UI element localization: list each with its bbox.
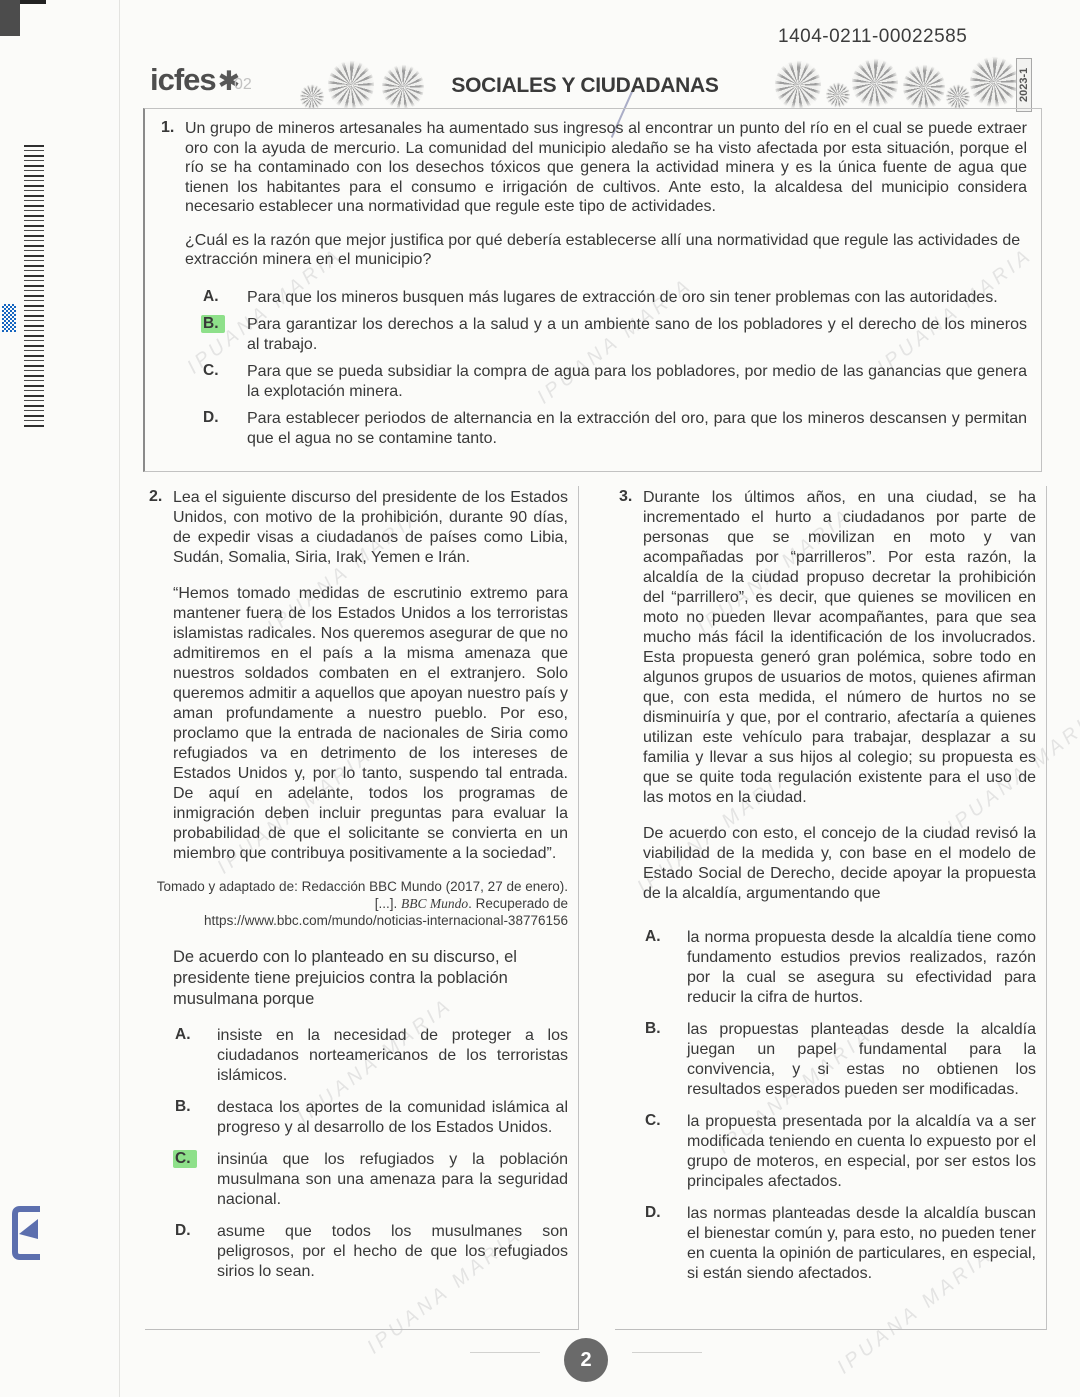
page-number-rule	[632, 1352, 702, 1353]
option-letter-highlighted: C.	[173, 1150, 217, 1210]
option-text: la propuesta presentada por la alcaldía …	[687, 1112, 1036, 1192]
option-row: A. la norma propuesta desde la alcaldía …	[643, 928, 1036, 1008]
option-row: C. Para que se pueda subsidiar la compra…	[201, 362, 1027, 401]
option-text: las normas planteadas desde la alcaldía …	[687, 1204, 1036, 1284]
option-letter: C.	[643, 1112, 687, 1192]
option-row: A. Para que los mineros busquen más luga…	[201, 288, 1027, 308]
stamp-icon	[903, 64, 945, 110]
option-text: Para garantizar los derechos a la salud …	[247, 315, 1027, 354]
question-3-column: 3. Durante los últimos años, en una ciud…	[615, 486, 1047, 1330]
scan-corner-mark	[0, 0, 20, 36]
stamp-icon	[852, 58, 898, 108]
option-text: destaca los aportes de la comunidad islá…	[217, 1098, 568, 1138]
source-work-title: BBC Mundo	[401, 896, 468, 911]
question-1-number: 1.	[161, 119, 185, 217]
page-number-badge: 2	[564, 1338, 608, 1382]
option-text: insinúa que los refugiados y la població…	[217, 1150, 568, 1210]
question-2-number: 2.	[149, 488, 173, 568]
option-letter: D.	[643, 1204, 687, 1284]
question-3-options: A. la norma propuesta desde la alcaldía …	[643, 928, 1036, 1284]
option-letter: C.	[201, 362, 247, 401]
option-row: D. Para establecer periodos de alternanc…	[201, 409, 1027, 448]
year-badge: 2023-1	[1016, 58, 1032, 112]
option-text: Para que los mineros busquen más lugares…	[247, 288, 1027, 308]
question-3-follow-up: De acuerdo con esto, el concejo de la ci…	[643, 824, 1036, 904]
option-text: Para que se pueda subsidiar la compra de…	[247, 362, 1027, 401]
option-text: Para establecer periodos de alternancia …	[247, 409, 1027, 448]
option-letter-highlighted: B.	[201, 315, 247, 354]
stamp-icon	[970, 56, 1018, 108]
option-row: B. destaca los aportes de la comunidad i…	[173, 1098, 568, 1138]
barcode	[24, 145, 44, 427]
scan-code: 1404-0211-00022585	[778, 26, 967, 48]
icfes-logo: icfes✱	[150, 62, 239, 98]
datamatrix-icon	[2, 304, 16, 332]
option-row: B. las propuestas planteadas desde la al…	[643, 1020, 1036, 1100]
option-row: C. insinúa que los refugiados y la pobla…	[173, 1150, 568, 1210]
option-text: las propuestas planteadas desde la alcal…	[687, 1020, 1036, 1100]
question-1-body: Un grupo de mineros artesanales ha aumen…	[185, 119, 1027, 217]
option-row: A. insiste en la necesidad de proteger a…	[173, 1026, 568, 1086]
stamp-icon	[775, 60, 821, 110]
scanned-exam-page: { "page": { "scan_code": "1404-0211-0002…	[0, 0, 1080, 1397]
question-2-quote: “Hemos tomado medidas de escrutinio extr…	[173, 584, 568, 864]
stamp-icon	[946, 84, 970, 110]
question-1-options: A. Para que los mineros busquen más luga…	[201, 288, 1027, 449]
page-number-rule	[470, 1352, 540, 1353]
option-text: insiste en la necesidad de proteger a lo…	[217, 1026, 568, 1086]
question-3-intro: Durante los últimos años, en una ciudad,…	[643, 488, 1036, 808]
page-title: SOCIALES Y CIUDADANAS	[420, 74, 750, 98]
blue-bracket-icon	[10, 1206, 42, 1265]
option-text: asume que todos los musulmanes son pelig…	[217, 1222, 568, 1282]
option-letter: B.	[173, 1098, 217, 1138]
booklet-number: 02	[234, 76, 252, 94]
stamp-icon	[300, 84, 324, 110]
option-letter: D.	[173, 1222, 217, 1282]
icfes-logo-text: icfes	[150, 62, 216, 97]
option-letter: D.	[201, 409, 247, 448]
question-1-stem: ¿Cuál es la razón que mejor justifica po…	[185, 231, 1030, 270]
option-text: la norma propuesta desde la alcaldía tie…	[687, 928, 1036, 1008]
option-letter: A.	[173, 1026, 217, 1086]
stamp-icon	[382, 64, 424, 110]
option-letter: B.	[643, 1020, 687, 1100]
option-row: C. la propuesta presentada por la alcald…	[643, 1112, 1036, 1192]
option-row: B. Para garantizar los derechos a la sal…	[201, 315, 1027, 354]
option-letter: A.	[201, 288, 247, 308]
stamp-icon	[328, 60, 374, 110]
option-row: D. asume que todos los musulmanes son pe…	[173, 1222, 568, 1282]
page-fold-line	[119, 0, 120, 1397]
question-3-number: 3.	[619, 488, 643, 808]
question-2-stem: De acuerdo con lo planteado en su discur…	[173, 947, 568, 1010]
stamp-icon	[826, 82, 850, 108]
question-2-column: 2. Lea el siguiente discurso del preside…	[145, 486, 579, 1330]
question-2-intro: Lea el siguiente discurso del presidente…	[173, 488, 568, 568]
option-letter: A.	[643, 928, 687, 1008]
option-row: D. las normas planteadas desde la alcald…	[643, 1204, 1036, 1284]
question-1-box: 1. Un grupo de mineros artesanales ha au…	[143, 108, 1042, 472]
question-2-source: Tomado y adaptado de: Redacción BBC Mund…	[149, 878, 568, 929]
question-2-options: A. insiste en la necesidad de proteger a…	[173, 1026, 568, 1282]
